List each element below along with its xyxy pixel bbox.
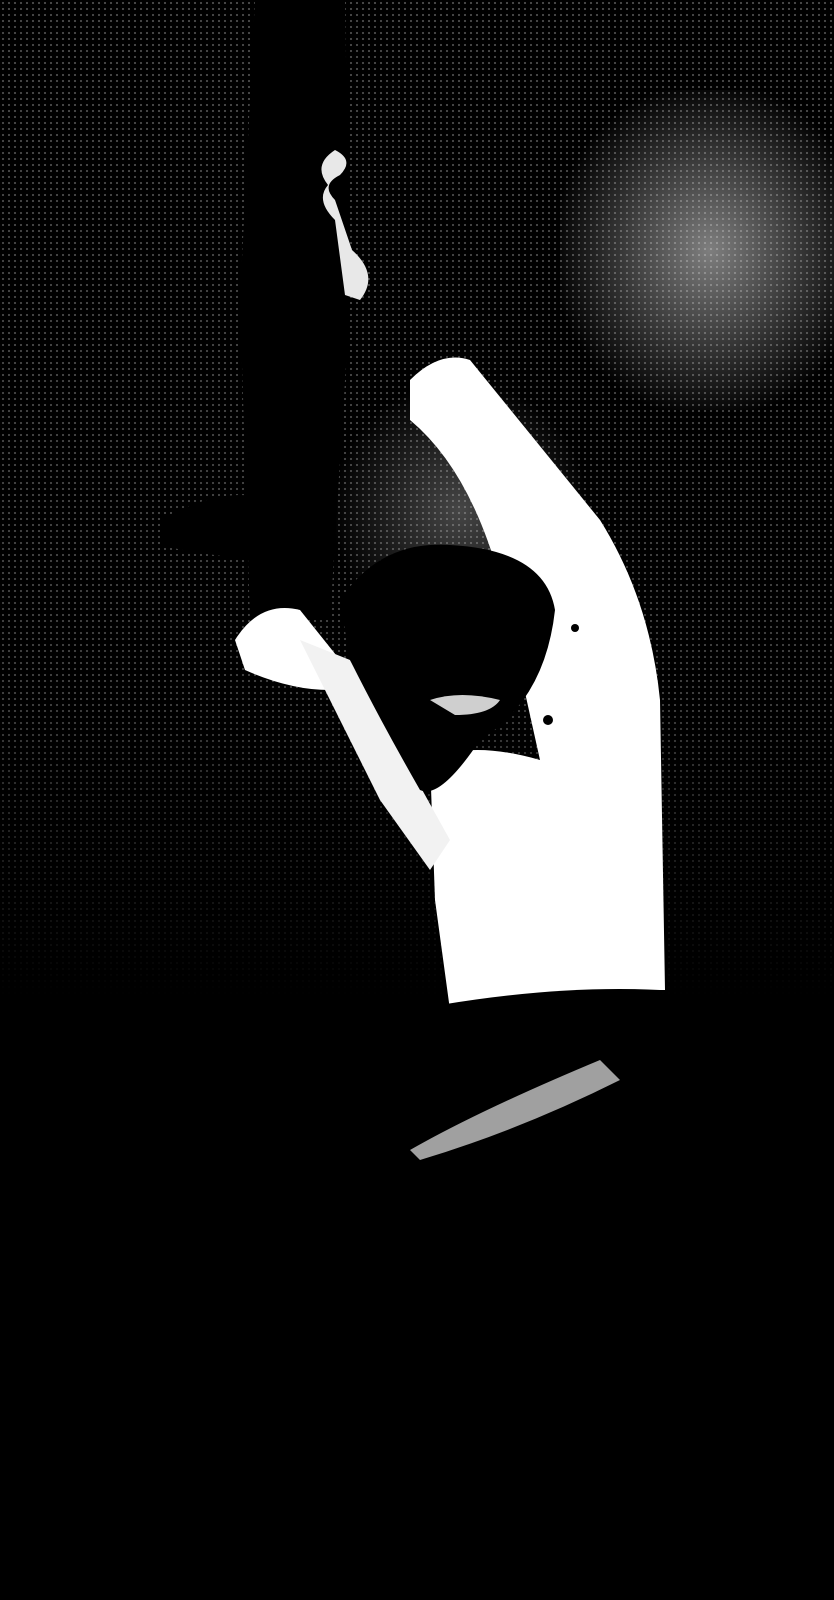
- halftone-photograph: [0, 0, 834, 1600]
- trousers: [380, 989, 680, 1600]
- batter-figure: [0, 0, 834, 1600]
- shirt: [430, 750, 660, 1010]
- shirt-button: [543, 715, 553, 725]
- bat-barrel-shadow: [160, 495, 300, 560]
- shirt-spot: [571, 624, 579, 632]
